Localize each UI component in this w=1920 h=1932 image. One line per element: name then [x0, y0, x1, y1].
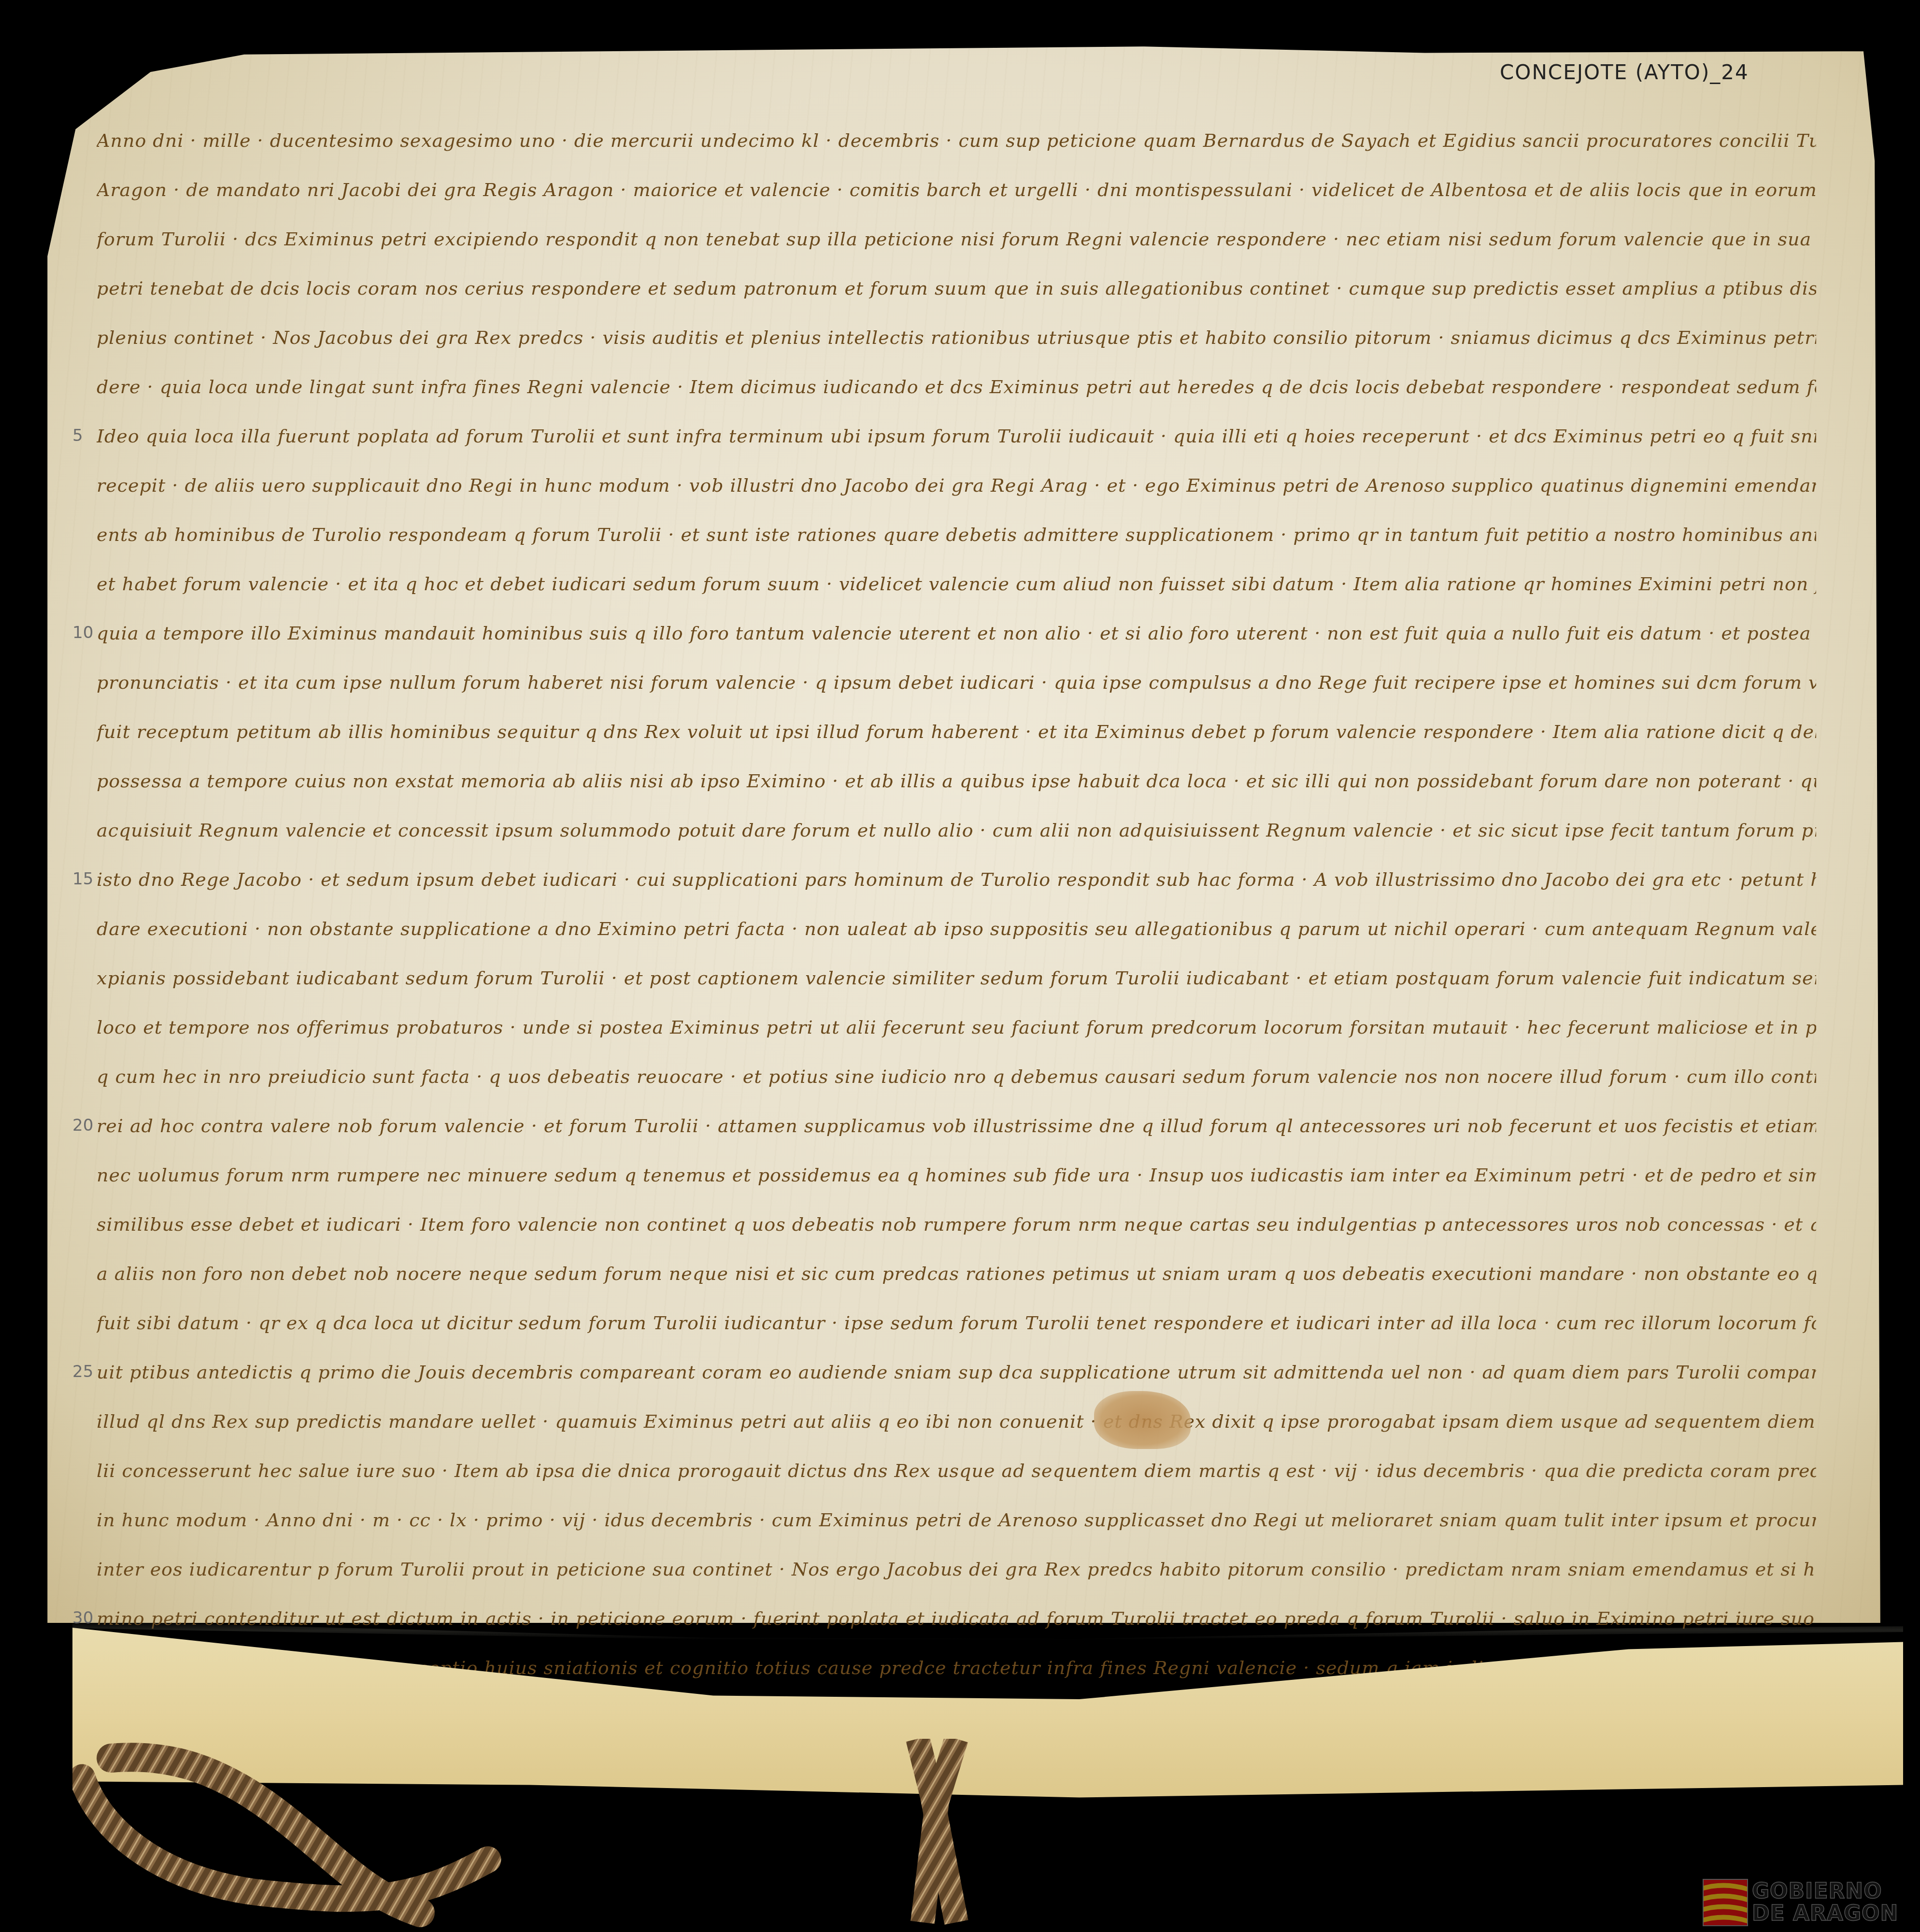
- logo-line-2: DE ARAGON: [1752, 1903, 1898, 1925]
- logo-line-1: GOBIERNO: [1752, 1880, 1898, 1903]
- archive-label: CONCEJOTE (AYTO)_24: [1500, 60, 1749, 84]
- manuscript-line: mino petri contenditur ut est dictum in …: [97, 1594, 1816, 1643]
- manuscript-line: in hunc modum · Anno dni · m · cc · lx ·…: [97, 1495, 1816, 1545]
- margin-line-number: 25: [72, 1362, 93, 1381]
- manuscript-line: q cum hec in nro preiudicio sunt facta ·…: [97, 1052, 1816, 1101]
- manuscript-line: similibus esse debet et iudicari · Item …: [97, 1200, 1816, 1249]
- manuscript-line: ents ab hominibus de Turolio respondeam …: [97, 510, 1816, 559]
- manuscript-line: Anno dni · mille · ducentesimo sexagesim…: [97, 116, 1816, 165]
- manuscript-line: dare executioni · non obstante supplicat…: [97, 904, 1816, 953]
- manuscript-line: loco et tempore nos offerimus probaturos…: [97, 1003, 1816, 1052]
- manuscript-text: Anno dni · mille · ducentesimo sexagesim…: [97, 116, 1816, 1692]
- manuscript-line: xpianis possidebant iudicabant sedum for…: [97, 953, 1816, 1003]
- margin-line-number: 10: [72, 623, 93, 642]
- manuscript-line: illud ql dns Rex sup predictis mandare u…: [97, 1397, 1816, 1446]
- manuscript-line: Aragon · de mandato nri Jacobi dei gra R…: [97, 165, 1816, 214]
- manuscript-line: quia a tempore illo Eximinus mandauit ho…: [97, 609, 1816, 658]
- manuscript-line: fuit receptum petitum ab illis hominibus…: [97, 707, 1816, 756]
- margin-line-number: 15: [72, 869, 93, 889]
- gobierno-de-aragon-logo: GOBIERNO DE ARAGON: [1703, 1879, 1898, 1926]
- manuscript-line: a aliis non foro non debet nob nocere ne…: [97, 1249, 1816, 1298]
- manuscript-line: recepit · de aliis uero supplicauit dno …: [97, 461, 1816, 510]
- manuscript-line: et habet forum valencie · et ita q hoc e…: [97, 559, 1816, 609]
- manuscript-line: nec uolumus forum nrm rumpere nec minuer…: [97, 1151, 1816, 1200]
- manuscript-line: fuit sibi datum · qr ex q dca loca ut di…: [97, 1298, 1816, 1348]
- manuscript-line: possessa a tempore cuius non exstat memo…: [97, 756, 1816, 806]
- manuscript-line: dere · quia loca unde lingat sunt infra …: [97, 362, 1816, 412]
- stain-mark: [1094, 1391, 1191, 1449]
- manuscript-line: pronunciatis · et ita cum ipse nullum fo…: [97, 658, 1816, 707]
- manuscript-line: isto dno Rege Jacobo · et sedum ipsum de…: [97, 855, 1816, 904]
- braided-cord-icon: [72, 1739, 990, 1932]
- manuscript-line: acquisiuit Regnum valencie et concessit …: [97, 806, 1816, 855]
- manuscript-line: rei ad hoc contra valere nob forum valen…: [97, 1101, 1816, 1151]
- manuscript-line: lii concesserunt hec salue iure suo · It…: [97, 1446, 1816, 1495]
- manuscript-line: uit ptibus antedictis q primo die Jouis …: [97, 1348, 1816, 1397]
- manuscript-line: plenius continet · Nos Jacobus dei gra R…: [97, 313, 1816, 362]
- aragon-flag-icon: [1703, 1879, 1748, 1926]
- manuscript-line: forum Turolii · dcs Eximinus petri excip…: [97, 214, 1816, 264]
- manuscript-line: Ideo quia loca illa fuerunt poplata ad f…: [97, 412, 1816, 461]
- manuscript-line: petri tenebat de dcis locis coram nos ce…: [97, 264, 1816, 313]
- margin-line-number: 20: [72, 1116, 93, 1135]
- margin-line-number: 5: [72, 426, 83, 445]
- manuscript-line: inter eos iudicarentur p forum Turolii p…: [97, 1545, 1816, 1594]
